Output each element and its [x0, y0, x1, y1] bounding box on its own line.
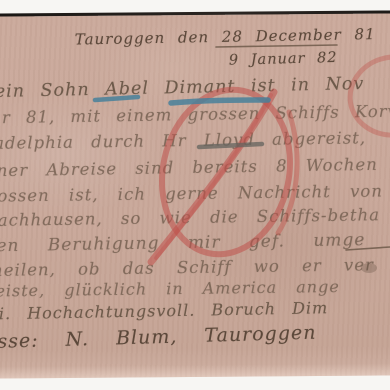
- scanned-postcard-page: { "page": { "background_color": "#f7f6f3…: [0, 0, 390, 390]
- handwriting-line: nachhausen, so wie die Schiffs-betha: [0, 205, 380, 230]
- handwriting-line: reiste, glücklich in America ange: [0, 277, 340, 301]
- handwriting-line: en Beruhigung mir gef. umge: [0, 230, 366, 256]
- dateline: Tauroggen den 28 December 81: [75, 25, 376, 49]
- postcard: Tauroggen den 28 December 81 9 Januar 82…: [0, 13, 390, 378]
- dateline-2: 9 Januar 82: [229, 50, 338, 69]
- address-line: esse: N. Blum, Tauroggen: [0, 322, 317, 354]
- handwriting-line: mein Sohn Abel Dimant ist in Nov: [0, 74, 365, 102]
- handwriting-layer: Tauroggen den 28 December 81 9 Januar 82…: [0, 13, 390, 378]
- handwriting-line: flossen ist, ich gerne Nachricht von: [0, 181, 383, 205]
- handwriting-line: uar 81, mit einem grossen Schiffs Korv: [0, 102, 390, 128]
- handwriting-line: einer Abreise sind bereits 8 Wochen: [0, 155, 378, 181]
- handwriting-line: iladelphia durch Hr Lloyd abgereist,: [0, 128, 366, 153]
- closing-signature-line: i. Hochachtungsvoll. Boruch Dim: [0, 298, 328, 323]
